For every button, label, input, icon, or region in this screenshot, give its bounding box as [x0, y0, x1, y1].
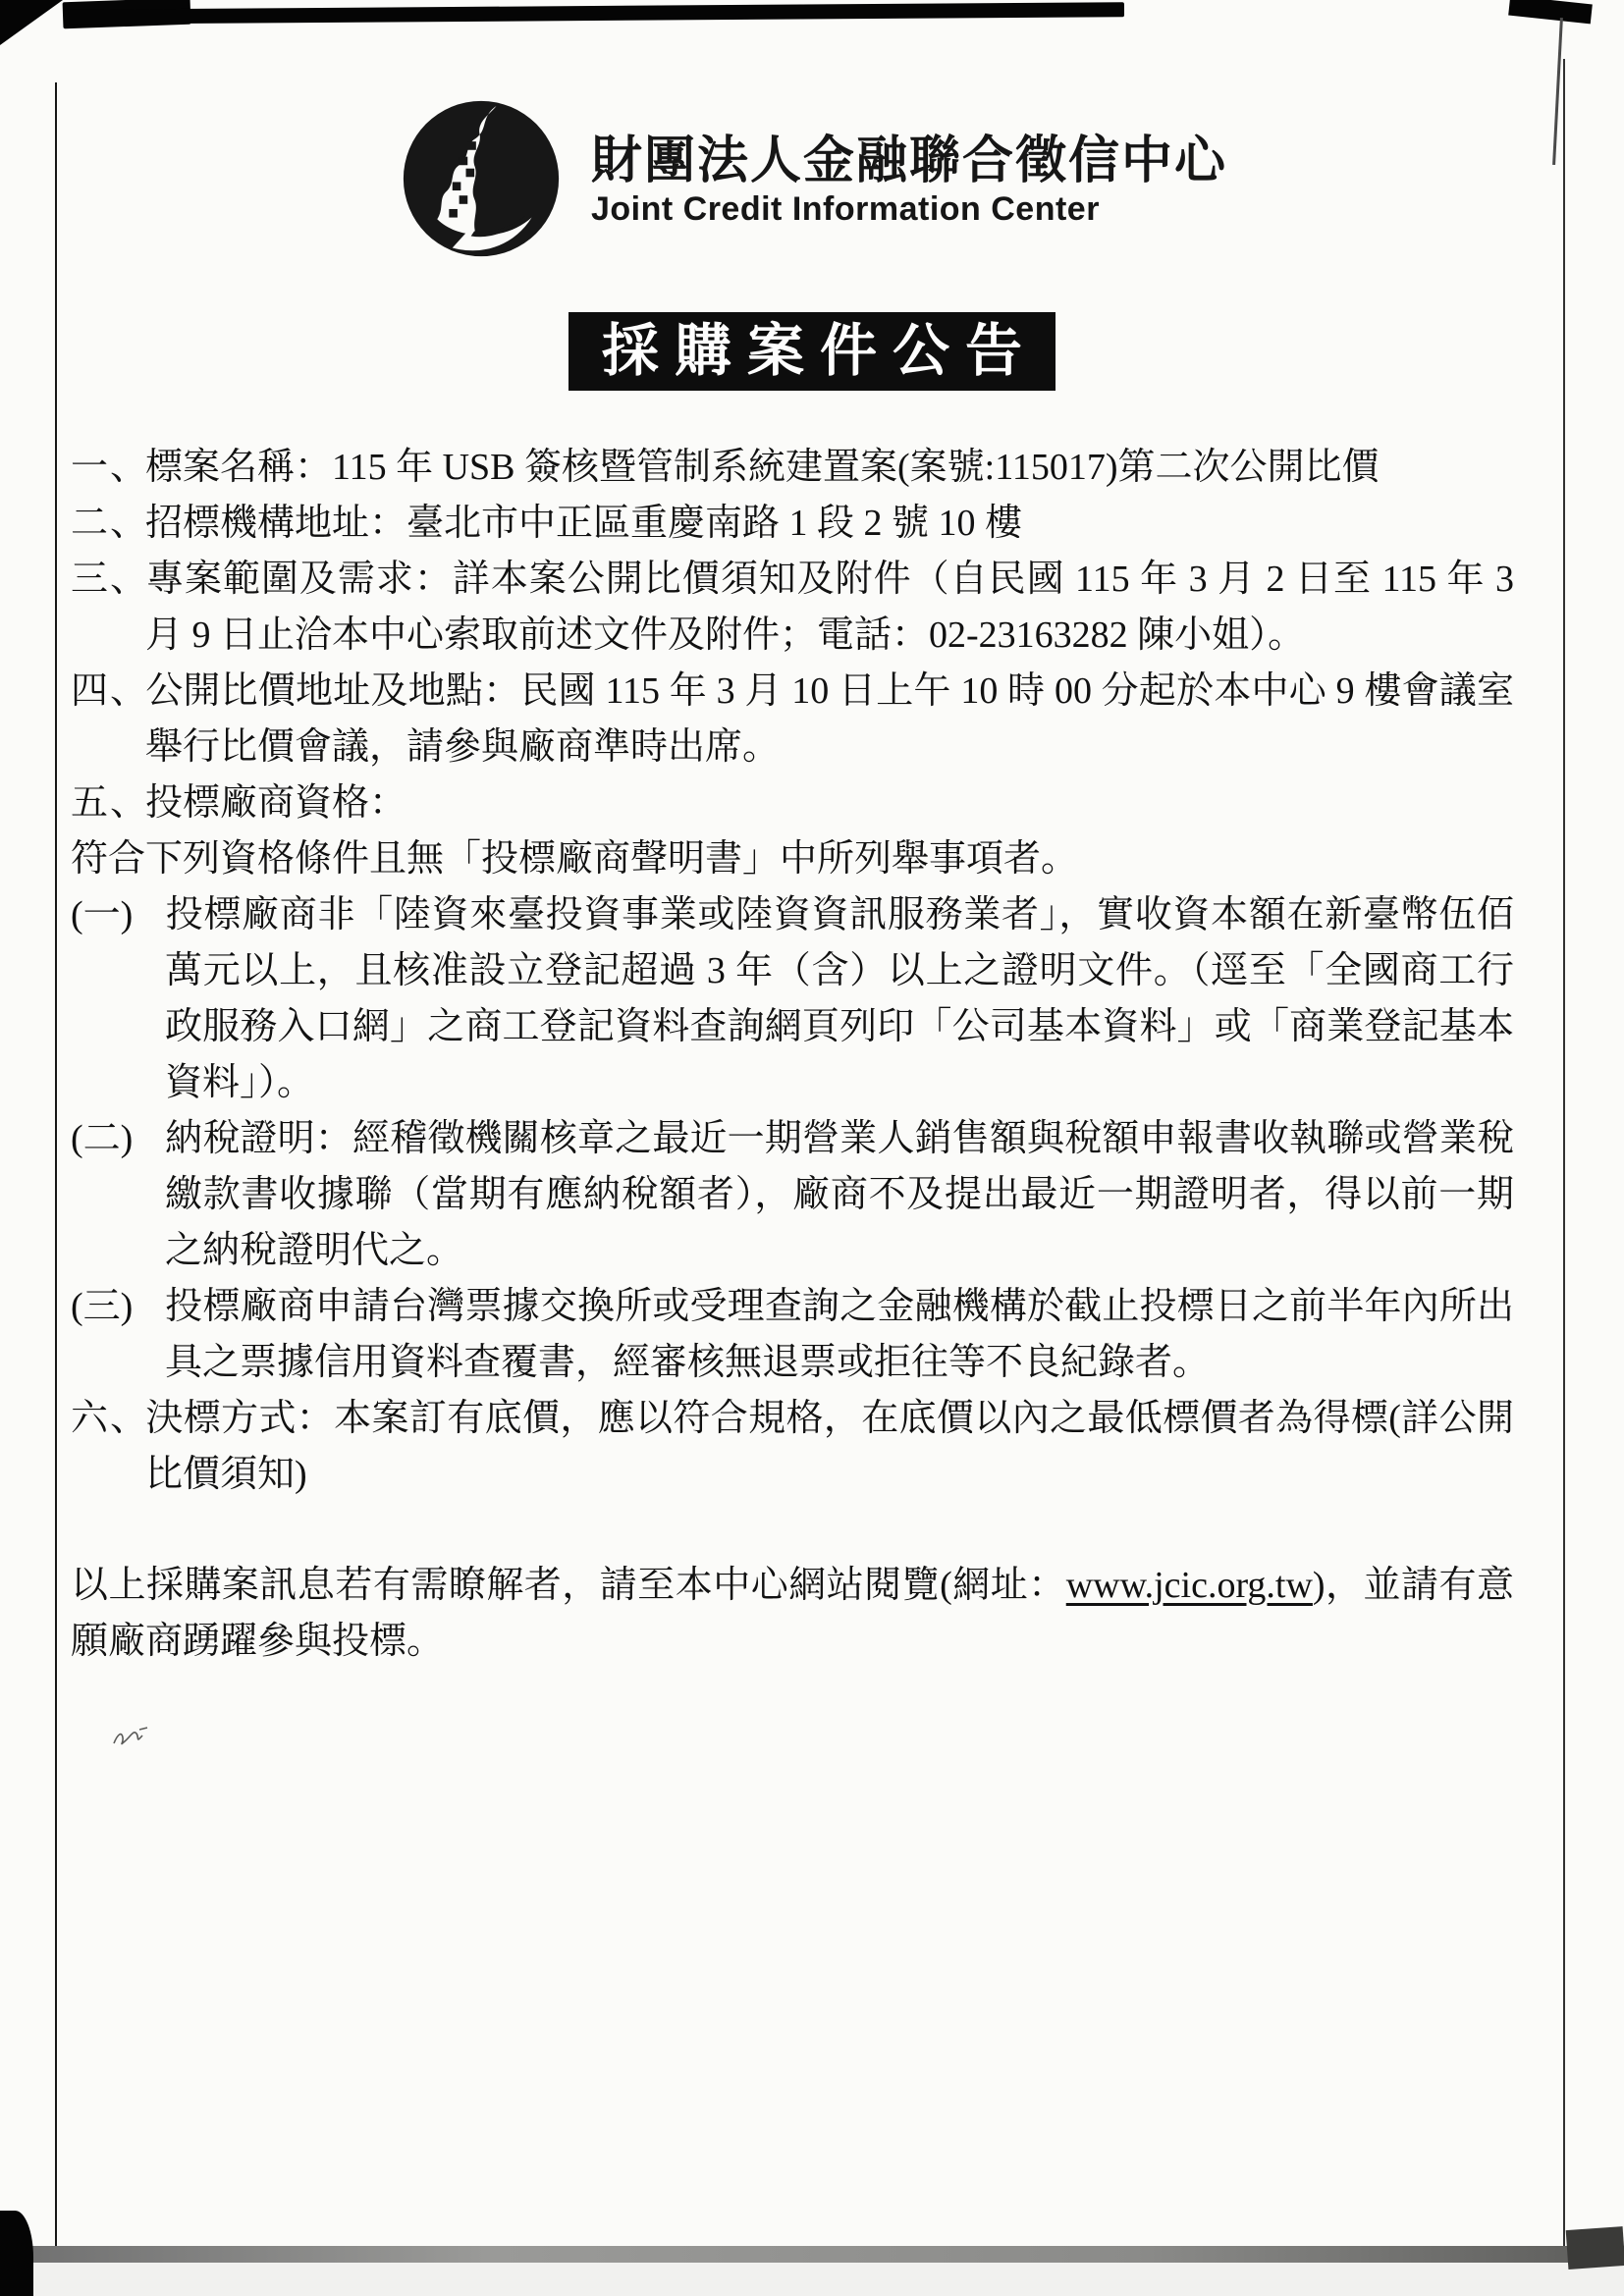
item-text: 標案名稱：115 年 USB 簽核暨管制系統建置案(案號:115017)第二次公…: [145, 447, 1379, 488]
doc-title: 採購案件公告: [568, 312, 1056, 391]
sub-item-number: (二): [71, 1111, 165, 1167]
org-name-zh: 財團法人金融聯合徵信中心: [591, 133, 1227, 189]
sub-item-text: 投標廠商非「陸資來臺投資事業或陸資資訊服務業者」，實收資本額在新臺幣伍佰萬元以上…: [165, 894, 1514, 1103]
item-text: 招標機構地址：臺北市中正區重慶南路 1 段 2 號 10 樓: [145, 503, 1022, 544]
closing-paragraph: 以上採購案訊息若有需瞭解者，請至本中心網站閱覽(網址：www.jcic.org.…: [71, 1558, 1514, 1670]
closing-text-pre: 以上採購案訊息若有需瞭解者，請至本中心網站閱覽(網址：: [71, 1565, 1066, 1606]
header-brand: 財團法人金融聯合徵信中心 Joint Credit Information Ce…: [0, 94, 1624, 268]
announcement-body: 一、標案名稱：115 年 USB 簽核暨管制系統建置案(案號:115017)第二…: [71, 440, 1514, 1670]
sub-item-3: (三)投標廠商申請台灣票據交換所或受理查詢之金融機構於截止投標日之前半年內所出具…: [71, 1279, 1514, 1391]
item-text: 投標廠商資格：: [145, 782, 406, 824]
item-number: 三、: [71, 552, 145, 608]
item-number: 一、: [71, 440, 145, 496]
org-name-en: Joint Credit Information Center: [591, 190, 1227, 229]
item-text: 專案範圍及需求：詳本案公開比價須知及附件（自民國 115 年 3 月 2 日至 …: [145, 559, 1514, 656]
list-item-4: 四、公開比價地址及地點：民國 115 年 3 月 10 日上午 10 時 00 …: [71, 664, 1514, 775]
item-number: 六、: [71, 1391, 145, 1447]
sub-item-number: (三): [71, 1279, 165, 1335]
list-item-5: 五、投標廠商資格：: [71, 775, 1514, 831]
item-text: 公開比價地址及地點：民國 115 年 3 月 10 日上午 10 時 00 分起…: [145, 670, 1514, 768]
sub-item-number: (一): [71, 887, 165, 943]
list-item-6: 六、決標方式：本案訂有底價，應以符合規格，在底價以內之最低標價者為得標(詳公開比…: [71, 1391, 1514, 1503]
qualification-intro: 符合下列資格條件且無「投標廠商聲明書」中所列舉事項者。: [71, 831, 1514, 887]
item-number: 二、: [71, 496, 145, 552]
jcic-logo-icon: [397, 94, 566, 268]
sub-item-text: 投標廠商申請台灣票據交換所或受理查詢之金融機構於截止投標日之前半年內所出具之票據…: [165, 1286, 1514, 1383]
doc-title-row: 採購案件公告: [0, 312, 1624, 391]
sub-item-1: (一)投標廠商非「陸資來臺投資事業或陸資資訊服務業者」，實收資本額在新臺幣伍佰萬…: [71, 887, 1514, 1111]
scanned-page: 財團法人金融聯合徵信中心 Joint Credit Information Ce…: [0, 0, 1624, 2296]
sub-item-text: 納稅證明：經稽徵機關核章之最近一期營業人銷售額與稅額申報書收執聯或營業稅繳款書收…: [165, 1118, 1514, 1271]
list-item-3: 三、專案範圍及需求：詳本案公開比價須知及附件（自民國 115 年 3 月 2 日…: [71, 552, 1514, 664]
item-text: 決標方式：本案訂有底價，應以符合規格，在底價以內之最低標價者為得標(詳公開比價須…: [145, 1398, 1514, 1495]
website-url[interactable]: www.jcic.org.tw: [1066, 1565, 1313, 1606]
sub-item-2: (二)納稅證明：經稽徵機關核章之最近一期營業人銷售額與稅額申報書收執聯或營業稅繳…: [71, 1111, 1514, 1279]
item-number: 四、: [71, 664, 145, 720]
list-item-2: 二、招標機構地址：臺北市中正區重慶南路 1 段 2 號 10 樓: [71, 496, 1514, 552]
item-number: 五、: [71, 775, 145, 831]
list-item-1: 一、標案名稱：115 年 USB 簽核暨管制系統建置案(案號:115017)第二…: [71, 440, 1514, 496]
